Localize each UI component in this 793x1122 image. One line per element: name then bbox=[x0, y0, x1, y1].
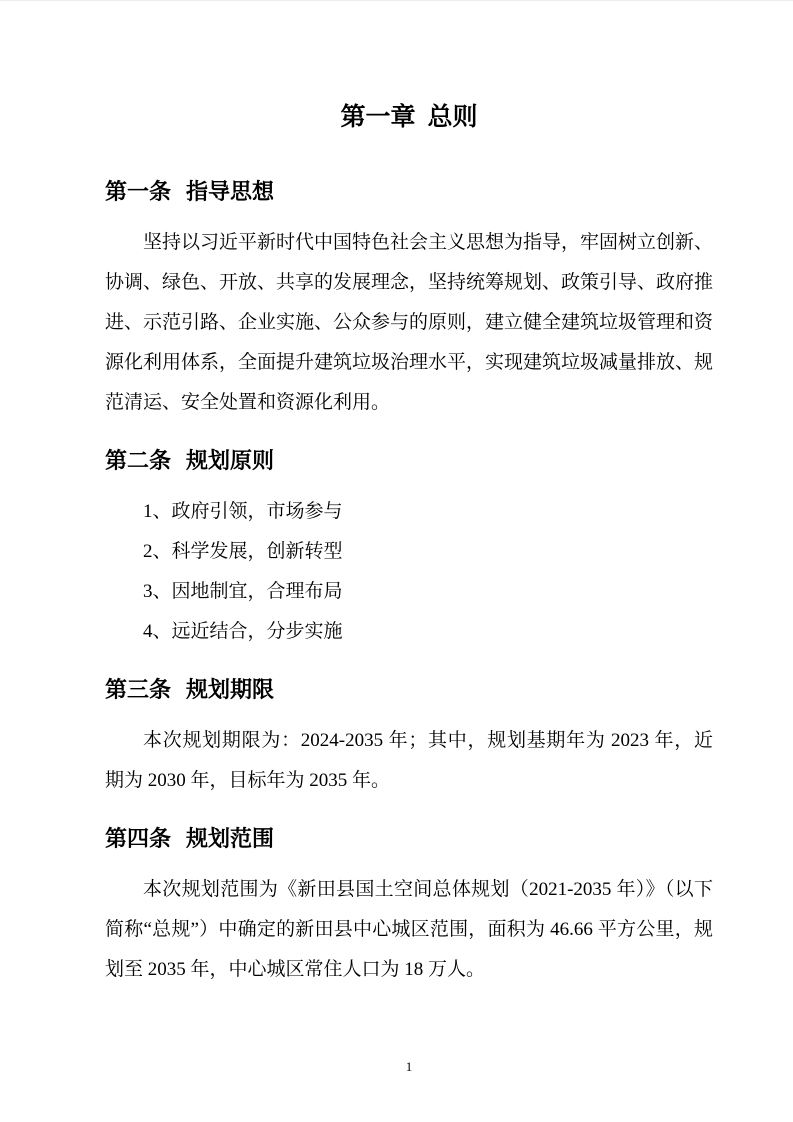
article-4-heading: 第四条规划范围 bbox=[105, 825, 713, 853]
section-article-1: 第一条指导思想 坚持以习近平新时代中国特色社会主义思想为指导，牢固树立创新、协调… bbox=[105, 178, 713, 423]
article-4-title: 规划范围 bbox=[186, 826, 274, 851]
article-1-number: 第一条 bbox=[105, 179, 171, 204]
section-article-2: 第二条规划原则 1、政府引领，市场参与 2、科学发展，创新转型 3、因地制宜，合… bbox=[105, 447, 713, 652]
list-item: 1、政府引领，市场参与 bbox=[105, 492, 713, 532]
article-3-title: 规划期限 bbox=[186, 677, 274, 702]
article-3-heading: 第三条规划期限 bbox=[105, 676, 713, 704]
section-article-3: 第三条规划期限 本次规划期限为：2024-2035 年；其中，规划基期年为 20… bbox=[105, 676, 713, 801]
article-3-paragraph: 本次规划期限为：2024-2035 年；其中，规划基期年为 2023 年，近期为… bbox=[105, 721, 713, 801]
section-article-4: 第四条规划范围 本次规划范围为《新田县国土空间总体规划（2021-2035 年）… bbox=[105, 825, 713, 990]
document-page: 第一章 总则 第一条指导思想 坚持以习近平新时代中国特色社会主义思想为指导，牢固… bbox=[0, 0, 793, 1122]
list-item: 3、因地制宜，合理布局 bbox=[105, 572, 713, 612]
article-1-title: 指导思想 bbox=[186, 179, 274, 204]
article-4-paragraph: 本次规划范围为《新田县国土空间总体规划（2021-2035 年）》（以下简称“总… bbox=[105, 870, 713, 990]
article-2-principles-list: 1、政府引领，市场参与 2、科学发展，创新转型 3、因地制宜，合理布局 4、远近… bbox=[105, 492, 713, 652]
article-3-number: 第三条 bbox=[105, 677, 171, 702]
article-2-heading: 第二条规划原则 bbox=[105, 447, 713, 475]
chapter-title: 第一章 总则 bbox=[105, 100, 713, 134]
document-content: 第一章 总则 第一条指导思想 坚持以习近平新时代中国特色社会主义思想为指导，牢固… bbox=[0, 1, 793, 990]
page-number: 1 bbox=[105, 1057, 713, 1077]
article-1-paragraph: 坚持以习近平新时代中国特色社会主义思想为指导，牢固树立创新、协调、绿色、开放、共… bbox=[105, 223, 713, 423]
article-1-heading: 第一条指导思想 bbox=[105, 178, 713, 206]
list-item: 4、远近结合，分步实施 bbox=[105, 612, 713, 652]
article-4-number: 第四条 bbox=[105, 826, 171, 851]
list-item: 2、科学发展，创新转型 bbox=[105, 532, 713, 572]
article-2-number: 第二条 bbox=[105, 448, 171, 473]
article-2-title: 规划原则 bbox=[186, 448, 274, 473]
